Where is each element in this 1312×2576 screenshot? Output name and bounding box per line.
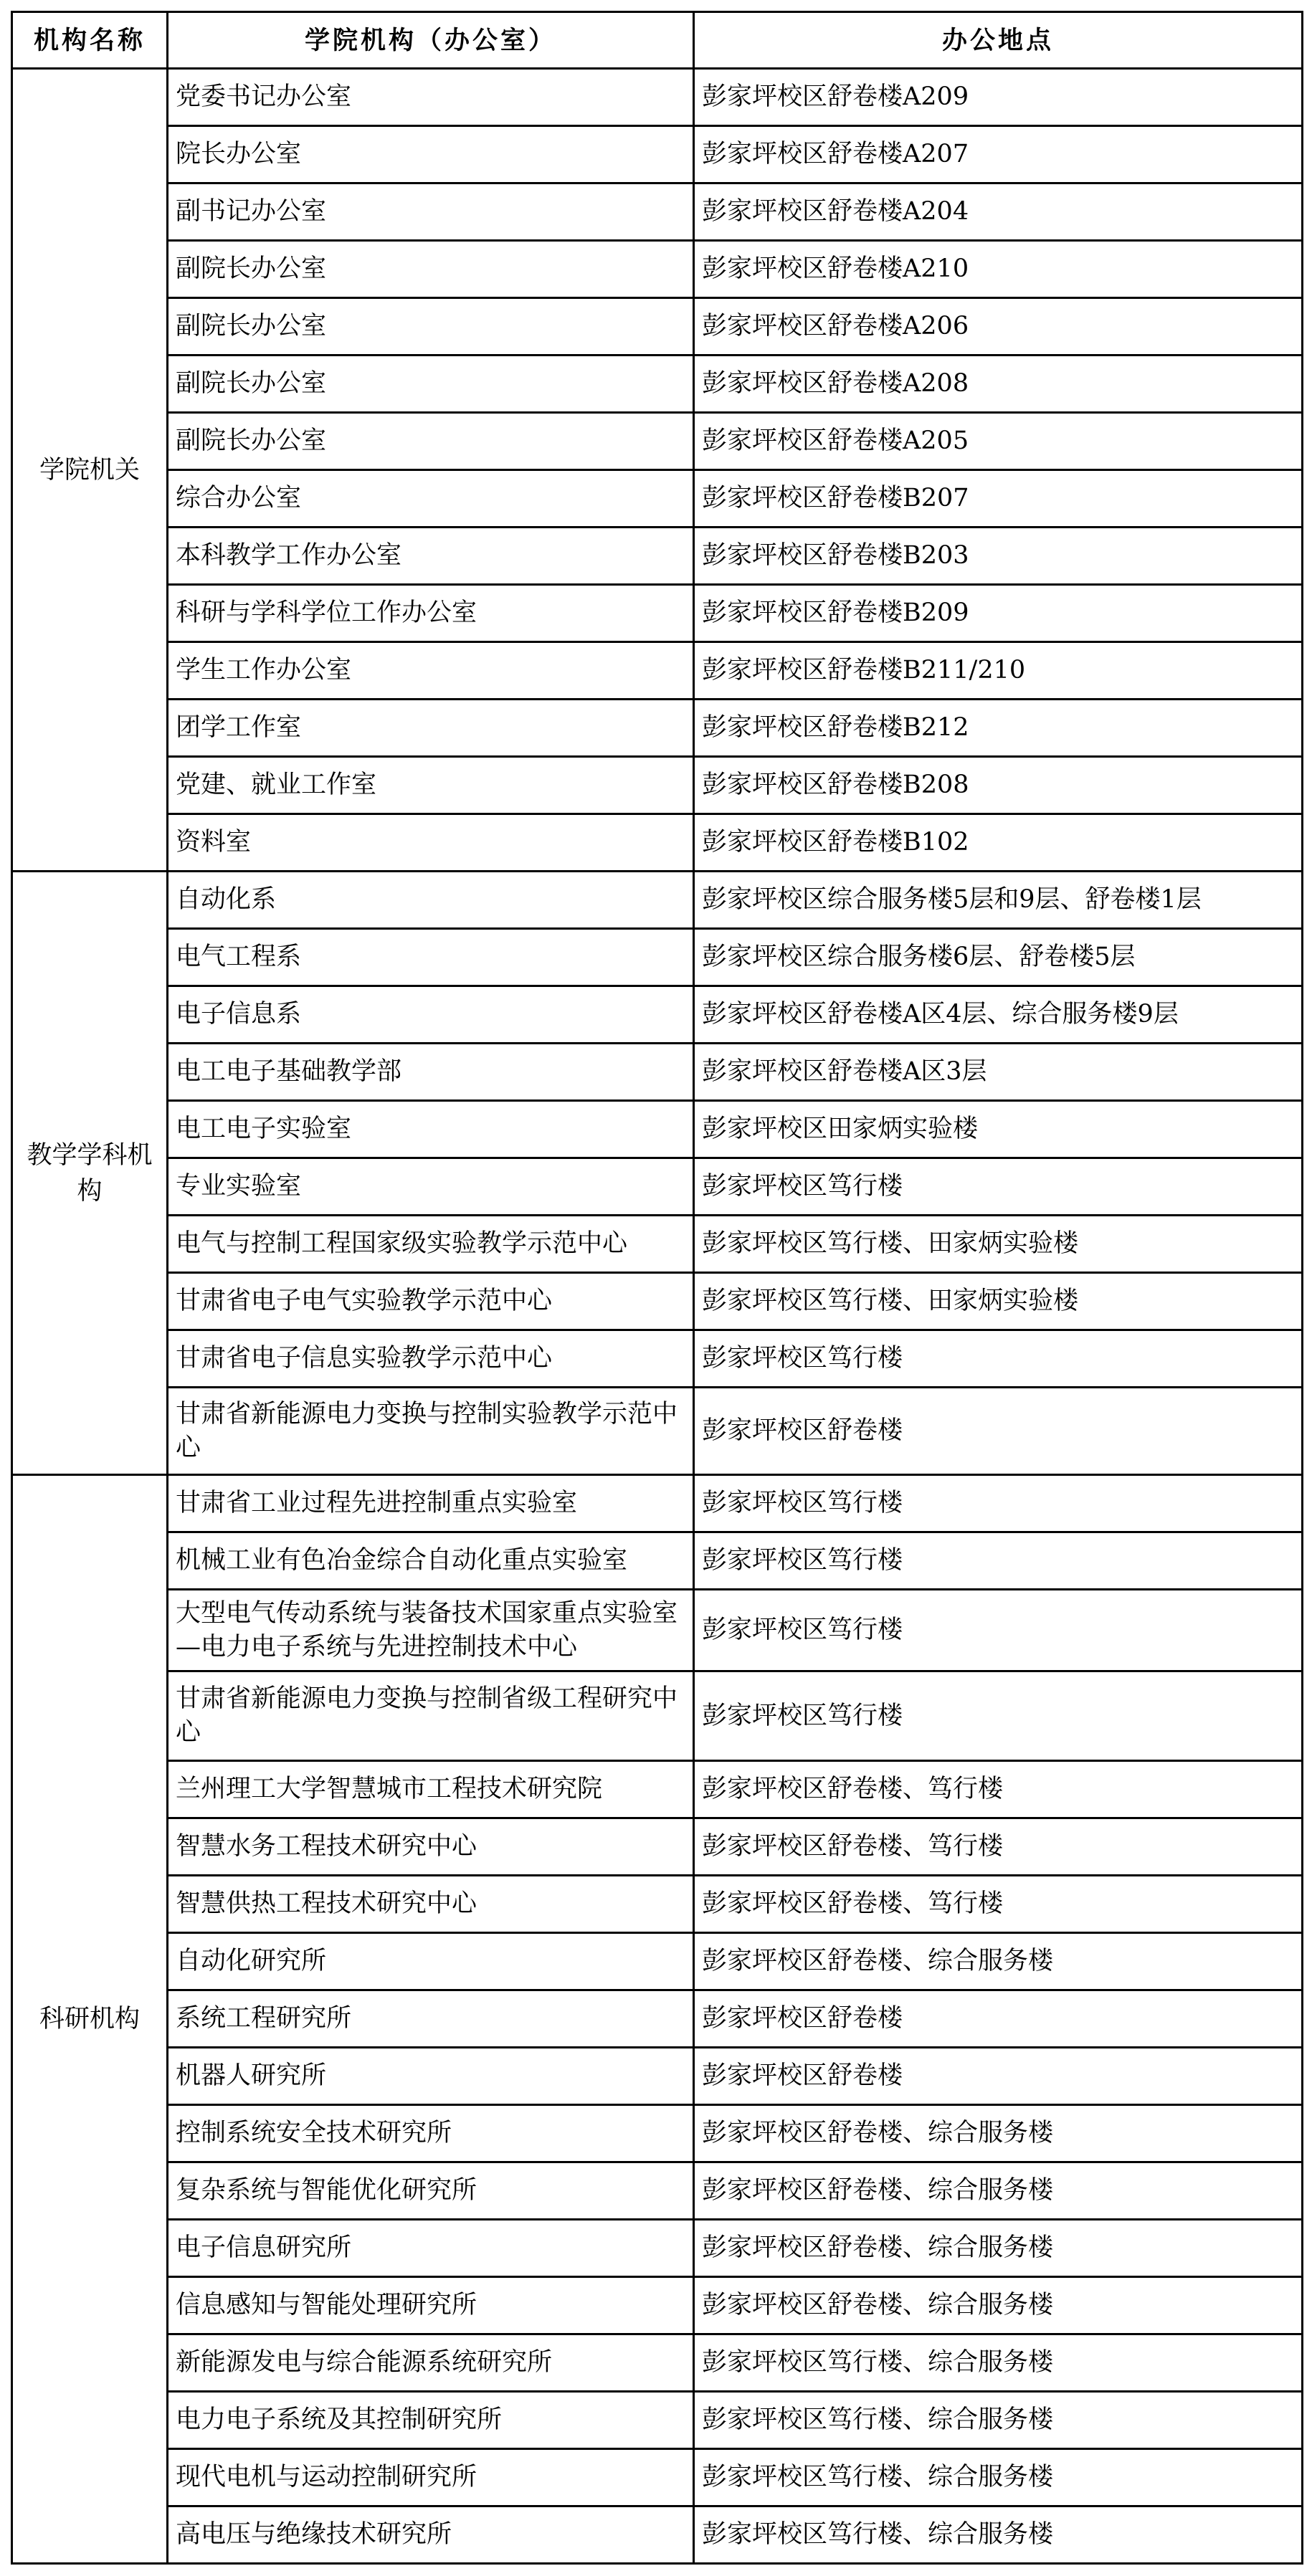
header-org-category: 机构名称	[12, 12, 168, 69]
table-row: 高电压与绝缘技术研究所彭家坪校区笃行楼、综合服务楼	[12, 2506, 1303, 2564]
unit-cell: 专业实验室	[168, 1158, 694, 1216]
table-row: 资料室彭家坪校区舒卷楼B102	[12, 814, 1303, 872]
location-cell: 彭家坪校区笃行楼	[694, 1475, 1303, 1532]
location-cell: 彭家坪校区笃行楼、田家炳实验楼	[694, 1273, 1303, 1330]
location-cell: 彭家坪校区笃行楼	[694, 1158, 1303, 1216]
location-cell: 彭家坪校区舒卷楼B203	[694, 528, 1303, 585]
unit-cell: 综合办公室	[168, 470, 694, 528]
location-cell: 彭家坪校区舒卷楼、综合服务楼	[694, 2162, 1303, 2220]
location-cell: 彭家坪校区综合服务楼5层和9层、舒卷楼1层	[694, 872, 1303, 929]
unit-cell: 信息感知与智能处理研究所	[168, 2277, 694, 2334]
unit-cell: 智慧水务工程技术研究中心	[168, 1818, 694, 1876]
table-row: 专业实验室彭家坪校区笃行楼	[12, 1158, 1303, 1216]
location-cell: 彭家坪校区笃行楼、综合服务楼	[694, 2506, 1303, 2564]
location-cell: 彭家坪校区笃行楼、综合服务楼	[694, 2449, 1303, 2506]
unit-cell: 电气工程系	[168, 929, 694, 986]
table-row: 教学学科机构 自动化系 彭家坪校区综合服务楼5层和9层、舒卷楼1层	[12, 872, 1303, 929]
unit-cell: 本科教学工作办公室	[168, 528, 694, 585]
location-cell: 彭家坪校区舒卷楼A区3层	[694, 1044, 1303, 1101]
unit-cell: 现代电机与运动控制研究所	[168, 2449, 694, 2506]
unit-cell: 资料室	[168, 814, 694, 872]
table-row: 信息感知与智能处理研究所彭家坪校区舒卷楼、综合服务楼	[12, 2277, 1303, 2334]
unit-cell: 院长办公室	[168, 126, 694, 183]
unit-cell: 甘肃省工业过程先进控制重点实验室	[168, 1475, 694, 1532]
location-cell: 彭家坪校区舒卷楼B102	[694, 814, 1303, 872]
location-cell: 彭家坪校区综合服务楼6层、舒卷楼5层	[694, 929, 1303, 986]
location-cell: 彭家坪校区笃行楼、综合服务楼	[694, 2392, 1303, 2449]
unit-cell: 副院长办公室	[168, 413, 694, 470]
table-row: 机器人研究所彭家坪校区舒卷楼	[12, 2048, 1303, 2105]
location-cell: 彭家坪校区舒卷楼、综合服务楼	[694, 1933, 1303, 1990]
unit-cell: 学生工作办公室	[168, 642, 694, 700]
table-row: 控制系统安全技术研究所彭家坪校区舒卷楼、综合服务楼	[12, 2105, 1303, 2162]
table-row: 本科教学工作办公室彭家坪校区舒卷楼B203	[12, 528, 1303, 585]
location-cell: 彭家坪校区舒卷楼A204	[694, 183, 1303, 241]
location-cell: 彭家坪校区笃行楼	[694, 1330, 1303, 1388]
location-cell: 彭家坪校区舒卷楼A208	[694, 356, 1303, 413]
table-row: 科研机构 甘肃省工业过程先进控制重点实验室 彭家坪校区笃行楼	[12, 1475, 1303, 1532]
unit-cell: 控制系统安全技术研究所	[168, 2105, 694, 2162]
unit-cell: 电子信息研究所	[168, 2220, 694, 2277]
unit-cell: 副院长办公室	[168, 241, 694, 298]
table-row: 团学工作室彭家坪校区舒卷楼B212	[12, 700, 1303, 757]
table-row: 系统工程研究所彭家坪校区舒卷楼	[12, 1990, 1303, 2048]
unit-cell: 电子信息系	[168, 986, 694, 1044]
location-cell: 彭家坪校区笃行楼	[694, 1590, 1303, 1671]
table-row: 副院长办公室彭家坪校区舒卷楼A206	[12, 298, 1303, 356]
location-cell: 彭家坪校区舒卷楼、笃行楼	[694, 1761, 1303, 1818]
table-row: 副院长办公室彭家坪校区舒卷楼A210	[12, 241, 1303, 298]
unit-cell: 党建、就业工作室	[168, 757, 694, 814]
table-row: 电气与控制工程国家级实验教学示范中心彭家坪校区笃行楼、田家炳实验楼	[12, 1216, 1303, 1273]
location-cell: 彭家坪校区舒卷楼B207	[694, 470, 1303, 528]
location-cell: 彭家坪校区笃行楼、综合服务楼	[694, 2334, 1303, 2392]
location-cell: 彭家坪校区舒卷楼	[694, 1990, 1303, 2048]
location-cell: 彭家坪校区舒卷楼A区4层、综合服务楼9层	[694, 986, 1303, 1044]
location-cell: 彭家坪校区笃行楼、田家炳实验楼	[694, 1216, 1303, 1273]
location-cell: 彭家坪校区舒卷楼、笃行楼	[694, 1818, 1303, 1876]
unit-cell: 复杂系统与智能优化研究所	[168, 2162, 694, 2220]
table-row: 电工电子基础教学部彭家坪校区舒卷楼A区3层	[12, 1044, 1303, 1101]
header-row: 机构名称 学院机构（办公室） 办公地点	[12, 12, 1303, 69]
unit-cell: 电力电子系统及其控制研究所	[168, 2392, 694, 2449]
location-cell: 彭家坪校区舒卷楼、综合服务楼	[694, 2277, 1303, 2334]
table-row: 电子信息研究所彭家坪校区舒卷楼、综合服务楼	[12, 2220, 1303, 2277]
table-row: 电力电子系统及其控制研究所彭家坪校区笃行楼、综合服务楼	[12, 2392, 1303, 2449]
organization-location-table: 机构名称 学院机构（办公室） 办公地点 学院机关 党委书记办公室 彭家坪校区舒卷…	[11, 11, 1303, 2565]
location-cell: 彭家坪校区舒卷楼	[694, 1388, 1303, 1475]
table-row: 甘肃省新能源电力变换与控制省级工程研究中心彭家坪校区笃行楼	[12, 1671, 1303, 1761]
location-cell: 彭家坪校区舒卷楼A209	[694, 69, 1303, 126]
location-cell: 彭家坪校区舒卷楼A206	[694, 298, 1303, 356]
unit-cell: 电工电子实验室	[168, 1101, 694, 1158]
unit-cell: 高电压与绝缘技术研究所	[168, 2506, 694, 2564]
location-cell: 彭家坪校区舒卷楼B209	[694, 585, 1303, 642]
unit-cell: 电气与控制工程国家级实验教学示范中心	[168, 1216, 694, 1273]
location-cell: 彭家坪校区笃行楼	[694, 1671, 1303, 1761]
table-row: 学生工作办公室彭家坪校区舒卷楼B211/210	[12, 642, 1303, 700]
unit-cell: 副院长办公室	[168, 298, 694, 356]
table-row: 自动化研究所彭家坪校区舒卷楼、综合服务楼	[12, 1933, 1303, 1990]
unit-cell: 党委书记办公室	[168, 69, 694, 126]
unit-cell: 系统工程研究所	[168, 1990, 694, 2048]
table-row: 兰州理工大学智慧城市工程技术研究院彭家坪校区舒卷楼、笃行楼	[12, 1761, 1303, 1818]
table-row: 现代电机与运动控制研究所彭家坪校区笃行楼、综合服务楼	[12, 2449, 1303, 2506]
location-cell: 彭家坪校区舒卷楼B208	[694, 757, 1303, 814]
group-label: 科研机构	[12, 1475, 168, 2564]
unit-cell: 自动化研究所	[168, 1933, 694, 1990]
location-cell: 彭家坪校区田家炳实验楼	[694, 1101, 1303, 1158]
unit-cell: 甘肃省新能源电力变换与控制实验教学示范中心	[168, 1388, 694, 1475]
table-row: 副院长办公室彭家坪校区舒卷楼A208	[12, 356, 1303, 413]
unit-cell: 团学工作室	[168, 700, 694, 757]
unit-cell: 科研与学科学位工作办公室	[168, 585, 694, 642]
location-cell: 彭家坪校区笃行楼	[694, 1532, 1303, 1590]
table-row: 大型电气传动系统与装备技术国家重点实验室—电力电子系统与先进控制技术中心彭家坪校…	[12, 1590, 1303, 1671]
unit-cell: 甘肃省电子电气实验教学示范中心	[168, 1273, 694, 1330]
unit-cell: 自动化系	[168, 872, 694, 929]
unit-cell: 副院长办公室	[168, 356, 694, 413]
table-row: 电子信息系彭家坪校区舒卷楼A区4层、综合服务楼9层	[12, 986, 1303, 1044]
table-row: 智慧供热工程技术研究中心彭家坪校区舒卷楼、笃行楼	[12, 1876, 1303, 1933]
unit-cell: 新能源发电与综合能源系统研究所	[168, 2334, 694, 2392]
table-row: 新能源发电与综合能源系统研究所彭家坪校区笃行楼、综合服务楼	[12, 2334, 1303, 2392]
table-row: 机械工业有色冶金综合自动化重点实验室彭家坪校区笃行楼	[12, 1532, 1303, 1590]
location-cell: 彭家坪校区舒卷楼A205	[694, 413, 1303, 470]
table-row: 甘肃省电子信息实验教学示范中心彭家坪校区笃行楼	[12, 1330, 1303, 1388]
location-cell: 彭家坪校区舒卷楼B211/210	[694, 642, 1303, 700]
unit-cell: 兰州理工大学智慧城市工程技术研究院	[168, 1761, 694, 1818]
location-cell: 彭家坪校区舒卷楼、综合服务楼	[694, 2105, 1303, 2162]
group-label: 教学学科机构	[12, 872, 168, 1475]
header-location: 办公地点	[694, 12, 1303, 69]
table-row: 学院机关 党委书记办公室 彭家坪校区舒卷楼A209	[12, 69, 1303, 126]
table-row: 甘肃省新能源电力变换与控制实验教学示范中心彭家坪校区舒卷楼	[12, 1388, 1303, 1475]
location-cell: 彭家坪校区舒卷楼A210	[694, 241, 1303, 298]
unit-cell: 电工电子基础教学部	[168, 1044, 694, 1101]
header-unit: 学院机构（办公室）	[168, 12, 694, 69]
table-row: 电气工程系彭家坪校区综合服务楼6层、舒卷楼5层	[12, 929, 1303, 986]
unit-cell: 副书记办公室	[168, 183, 694, 241]
table-row: 复杂系统与智能优化研究所彭家坪校区舒卷楼、综合服务楼	[12, 2162, 1303, 2220]
unit-cell: 甘肃省电子信息实验教学示范中心	[168, 1330, 694, 1388]
table-row: 副书记办公室彭家坪校区舒卷楼A204	[12, 183, 1303, 241]
table-row: 科研与学科学位工作办公室彭家坪校区舒卷楼B209	[12, 585, 1303, 642]
table-row: 党建、就业工作室彭家坪校区舒卷楼B208	[12, 757, 1303, 814]
unit-cell: 智慧供热工程技术研究中心	[168, 1876, 694, 1933]
unit-cell: 大型电气传动系统与装备技术国家重点实验室—电力电子系统与先进控制技术中心	[168, 1590, 694, 1671]
table-row: 甘肃省电子电气实验教学示范中心彭家坪校区笃行楼、田家炳实验楼	[12, 1273, 1303, 1330]
unit-cell: 机器人研究所	[168, 2048, 694, 2105]
unit-cell: 甘肃省新能源电力变换与控制省级工程研究中心	[168, 1671, 694, 1761]
table-row: 智慧水务工程技术研究中心彭家坪校区舒卷楼、笃行楼	[12, 1818, 1303, 1876]
table-row: 综合办公室彭家坪校区舒卷楼B207	[12, 470, 1303, 528]
location-cell: 彭家坪校区舒卷楼、综合服务楼	[694, 2220, 1303, 2277]
location-cell: 彭家坪校区舒卷楼	[694, 2048, 1303, 2105]
table-row: 副院长办公室彭家坪校区舒卷楼A205	[12, 413, 1303, 470]
table-row: 院长办公室彭家坪校区舒卷楼A207	[12, 126, 1303, 183]
table-row: 电工电子实验室彭家坪校区田家炳实验楼	[12, 1101, 1303, 1158]
location-cell: 彭家坪校区舒卷楼B212	[694, 700, 1303, 757]
location-cell: 彭家坪校区舒卷楼A207	[694, 126, 1303, 183]
location-cell: 彭家坪校区舒卷楼、笃行楼	[694, 1876, 1303, 1933]
group-label: 学院机关	[12, 69, 168, 872]
unit-cell: 机械工业有色冶金综合自动化重点实验室	[168, 1532, 694, 1590]
